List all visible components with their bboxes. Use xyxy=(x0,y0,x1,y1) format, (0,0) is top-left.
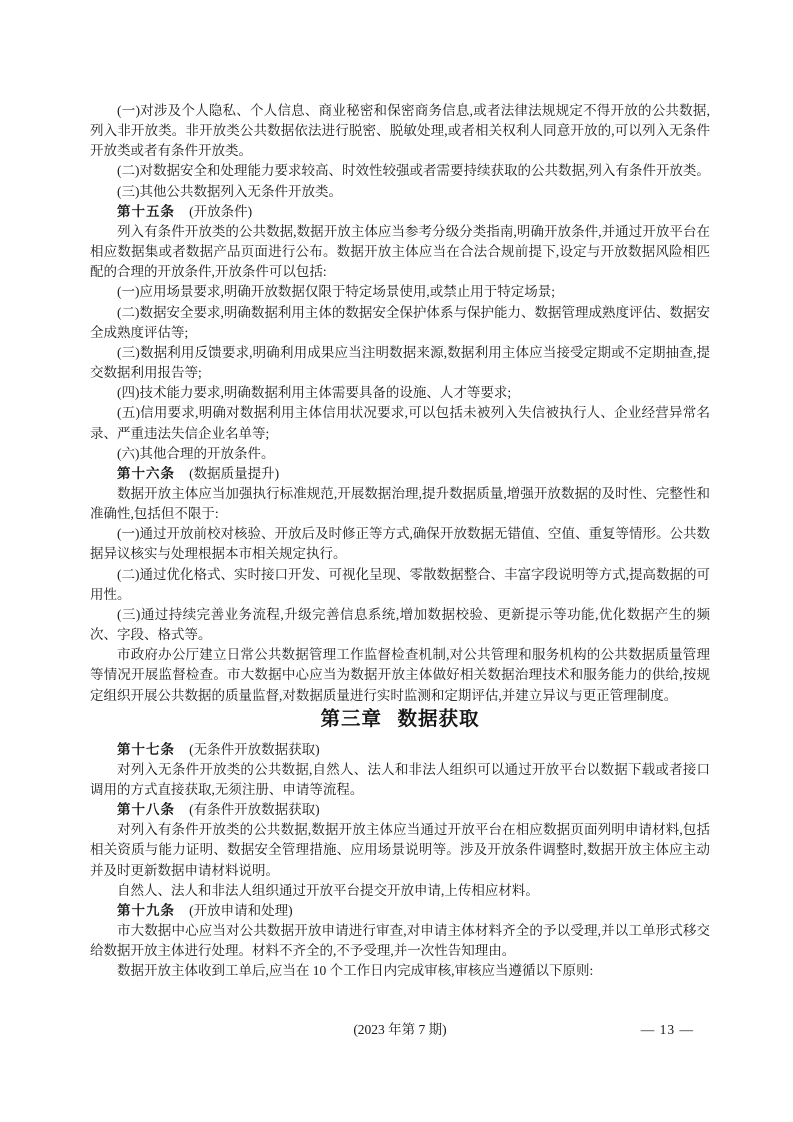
chapter-number: 第三章 xyxy=(320,708,382,730)
article-number: 第十八条 xyxy=(117,802,175,817)
paragraph: (一)应用场景要求,明确开放数据仅限于特定场景使用,或禁止用于特定场景; xyxy=(90,282,710,302)
document-page: (一)对涉及个人隐私、个人信息、商业秘密和保密商务信息,或者法律法规规定不得开放… xyxy=(0,0,793,1122)
article-title: (数据质量提升) xyxy=(189,466,279,481)
article-heading-17: 第十七条(无条件开放数据获取) xyxy=(90,740,710,760)
article-number: 第十五条 xyxy=(117,204,175,219)
article-heading-16: 第十六条(数据质量提升) xyxy=(90,464,710,484)
paragraph: (三)数据利用反馈要求,明确利用成果应当注明数据来源,数据利用主体应当接受定期或… xyxy=(90,343,710,383)
paragraph: (一)对涉及个人隐私、个人信息、商业秘密和保密商务信息,或者法律法规规定不得开放… xyxy=(90,101,710,161)
paragraph: (四)技术能力要求,明确数据利用主体需要具备的设施、人才等要求; xyxy=(90,383,710,403)
article-title: (开放申请和处理) xyxy=(189,903,293,918)
footer-issue-label: (2023 年第 7 期) xyxy=(353,1022,446,1037)
paragraph: (六)其他合理的开放条件。 xyxy=(90,444,710,464)
article-heading-15: 第十五条(开放条件) xyxy=(90,202,710,222)
text-block: (一)对涉及个人隐私、个人信息、商业秘密和保密商务信息,或者法律法规规定不得开放… xyxy=(90,101,710,982)
article-number: 第十九条 xyxy=(117,903,175,918)
page-footer: (2023 年第 7 期) — 13 — xyxy=(90,1021,710,1039)
article-heading-19: 第十九条(开放申请和处理) xyxy=(90,901,710,921)
paragraph: (二)数据安全要求,明确数据利用主体的数据安全保护体系与保护能力、数据管理成熟度… xyxy=(90,303,710,343)
paragraph: 市政府办公厅建立日常公共数据管理工作监督检查机制,对公共管理和服务机构的公共数据… xyxy=(90,645,710,705)
paragraph: 对列入有条件开放类的公共数据,数据开放主体应当通过开放平台在相应数据页面列明申请… xyxy=(90,820,710,880)
paragraph: (三)其他公共数据列入无条件开放类。 xyxy=(90,182,710,202)
chapter-heading: 第三章数据获取 xyxy=(90,706,710,732)
article-title: (开放条件) xyxy=(189,204,252,219)
paragraph: 数据开放主体收到工单后,应当在 10 个工作日内完成审核,审核应当遵循以下原则: xyxy=(90,961,710,981)
article-heading-18: 第十八条(有条件开放数据获取) xyxy=(90,800,710,820)
article-title: (有条件开放数据获取) xyxy=(189,802,320,817)
paragraph: 对列入无条件开放类的公共数据,自然人、法人和非法人组织可以通过开放平台以数据下载… xyxy=(90,760,710,800)
article-title: (无条件开放数据获取) xyxy=(189,742,320,757)
paragraph: (三)通过持续完善业务流程,升级完善信息系统,增加数据校验、更新提示等功能,优化… xyxy=(90,605,710,645)
paragraph: (二)对数据安全和处理能力要求较高、时效性较强或者需要持续获取的公共数据,列入有… xyxy=(90,161,710,181)
paragraph: (五)信用要求,明确对数据利用主体信用状况要求,可以包括未被列入失信被执行人、企… xyxy=(90,403,710,443)
article-number: 第十六条 xyxy=(117,466,175,481)
paragraph: 市大数据中心应当对公共数据开放申请进行审查,对申请主体材料齐全的予以受理,并以工… xyxy=(90,921,710,961)
footer-page-number: — 13 — xyxy=(641,1021,694,1039)
paragraph: (一)通过开放前校对核验、开放后及时修正等方式,确保开放数据无错值、空值、重复等… xyxy=(90,524,710,564)
article-number: 第十七条 xyxy=(117,742,175,757)
paragraph: 自然人、法人和非法人组织通过开放平台提交开放申请,上传相应材料。 xyxy=(90,881,710,901)
chapter-title: 数据获取 xyxy=(398,708,480,730)
paragraph: 列入有条件开放类的公共数据,数据开放主体应当参考分级分类指南,明确开放条件,并通… xyxy=(90,222,710,282)
paragraph: (二)通过优化格式、实时接口开发、可视化呈现、零散数据整合、丰富字段说明等方式,… xyxy=(90,565,710,605)
paragraph: 数据开放主体应当加强执行标准规范,开展数据治理,提升数据质量,增强开放数据的及时… xyxy=(90,484,710,524)
